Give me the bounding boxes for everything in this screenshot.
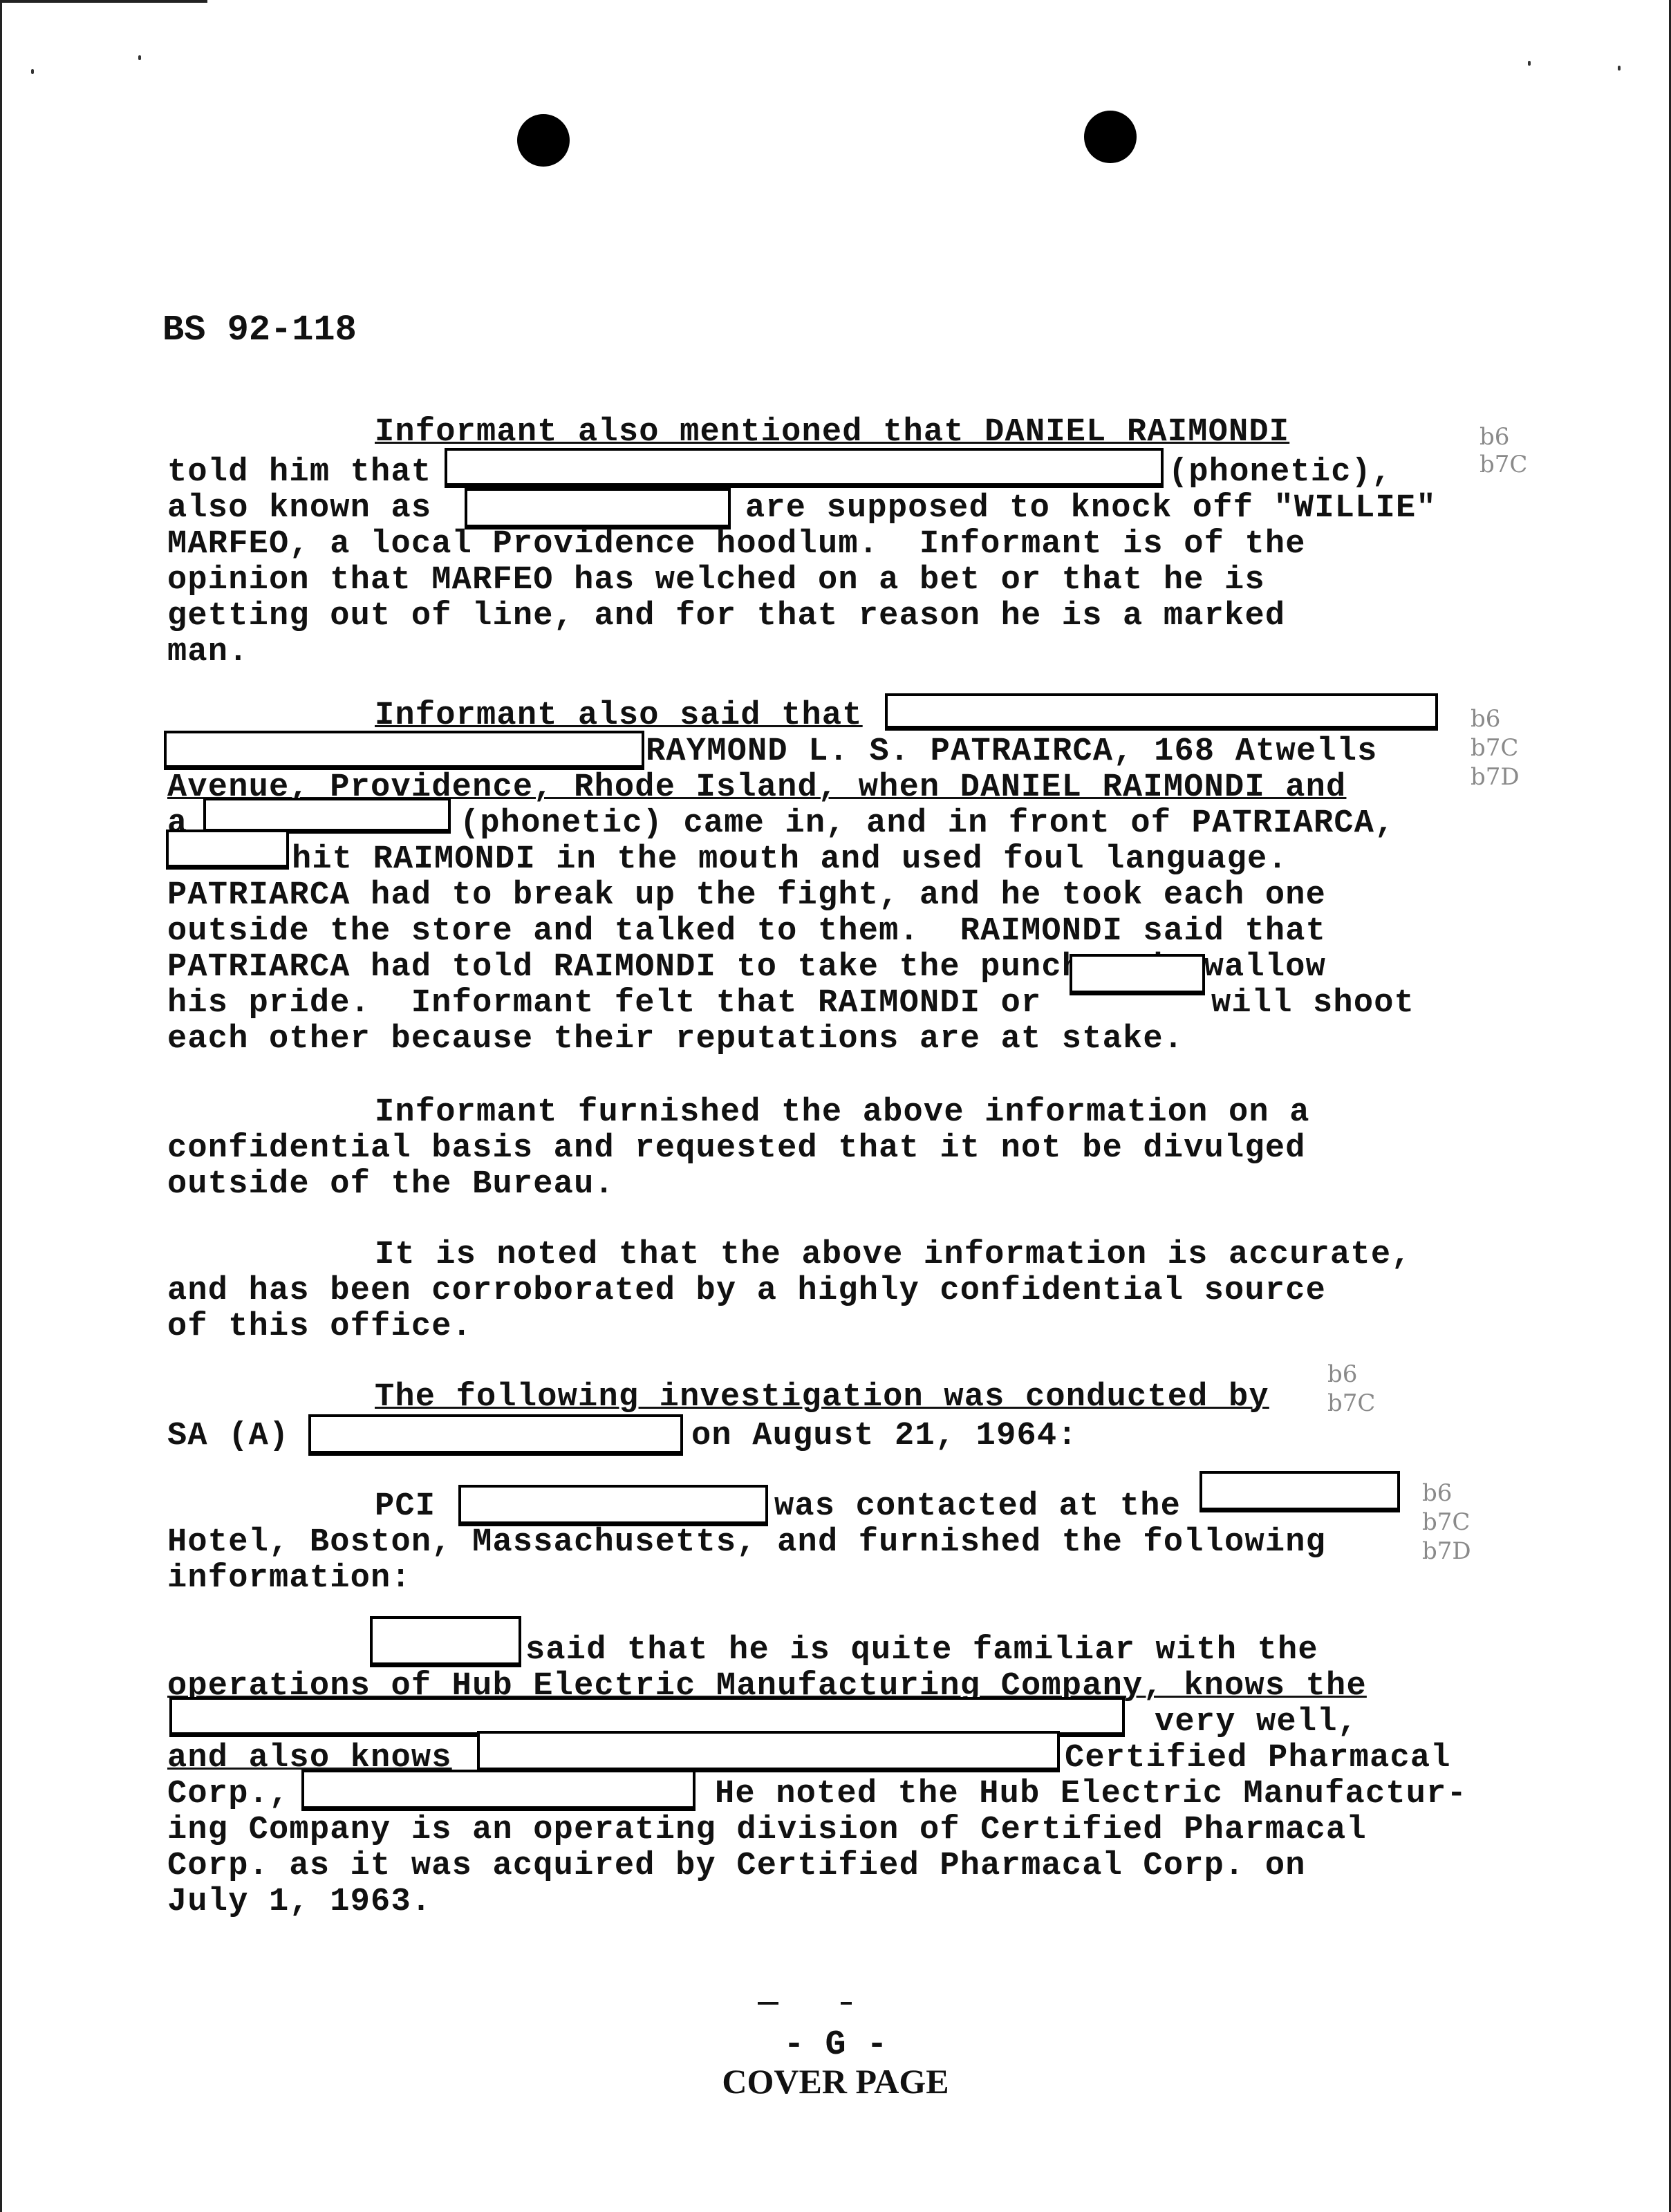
text-line: told him that	[167, 455, 431, 491]
page-edge	[0, 0, 2, 2212]
text-line: his pride. Informant felt that RAIMONDI …	[167, 986, 1041, 1022]
text-line: ing Company is an operating division of …	[167, 1812, 1367, 1848]
footer-dash	[841, 2002, 852, 2005]
punch-hole-icon	[517, 114, 570, 167]
scan-speck	[1618, 66, 1621, 71]
exemption-code: b7C	[1422, 1508, 1470, 1536]
redaction-box	[203, 798, 451, 834]
redaction-box	[1199, 1471, 1400, 1512]
text-line: outside the store and talked to them. RA…	[167, 914, 1326, 950]
text-line: Certified Pharmacal	[1065, 1741, 1451, 1777]
text-line: outside of the Bureau.	[167, 1167, 615, 1203]
text-line: It is noted that the above information i…	[375, 1237, 1412, 1273]
exemption-code: b6	[1479, 423, 1509, 451]
text-line: said that he is quite familiar with the	[525, 1633, 1318, 1669]
text-line: Corp. as it was acquired by Certified Ph…	[167, 1848, 1306, 1884]
text-line: getting out of line, and for that reason…	[167, 599, 1285, 635]
redaction-box	[166, 829, 289, 870]
text-line: Informant also mentioned that DANIEL RAI…	[375, 415, 1289, 451]
text-line: was contacted at the	[774, 1489, 1181, 1525]
redaction-box	[164, 731, 644, 770]
text-line: Hotel, Boston, Massachusetts, and furnis…	[167, 1525, 1326, 1561]
text-line: MARFEO, a local Providence hoodlum. Info…	[167, 527, 1306, 563]
text-line: SA (A)	[167, 1418, 289, 1454]
text-line: PCI	[375, 1489, 436, 1525]
file-number: BS 92-118	[162, 310, 357, 350]
exemption-code: b7C	[1327, 1389, 1375, 1417]
text-line: (phonetic),	[1168, 455, 1392, 491]
text-line: (phonetic) came in, and in front of PATR…	[460, 806, 1395, 842]
text-line: information:	[167, 1561, 411, 1597]
cover-page-label: COVER PAGE	[0, 2061, 1671, 2101]
text-line: PATRIARCA had to break up the fight, and…	[167, 878, 1326, 914]
punch-hole-icon	[1084, 111, 1137, 163]
text-line: He noted the Hub Electric Manufactur-	[715, 1777, 1467, 1812]
redaction-box	[301, 1770, 696, 1811]
page-marker: - G -	[0, 2025, 1671, 2065]
redaction-box	[465, 488, 731, 529]
text-line: man.	[167, 635, 249, 671]
exemption-code: b6	[1422, 1479, 1452, 1507]
text-line: Corp.,	[167, 1777, 289, 1812]
footer-dash	[758, 2002, 778, 2005]
text-line: and has been corroborated by a highly co…	[167, 1273, 1326, 1309]
redaction-box	[885, 693, 1438, 731]
text-line: very well,	[1155, 1705, 1358, 1741]
text-line: each other because their reputations are…	[167, 1022, 1184, 1058]
scan-speck	[31, 69, 34, 74]
redaction-box	[477, 1731, 1060, 1772]
text-line: opinion that MARFEO has welched on a bet…	[167, 563, 1265, 599]
exemption-code: b7D	[1422, 1537, 1471, 1565]
text-line: also known as	[167, 491, 431, 527]
scan-speck	[138, 55, 141, 60]
redaction-box	[308, 1414, 683, 1456]
redaction-box	[445, 448, 1164, 488]
document-page: BS 92-118 Informant also mentioned that …	[0, 0, 1671, 2212]
text-line: RAYMOND L. S. PATRAIRCA, 168 Atwells	[646, 734, 1378, 770]
text-line: on August 21, 1964:	[691, 1418, 1078, 1454]
text-line: are supposed to knock off "WILLIE"	[745, 491, 1437, 527]
text-line: July 1, 1963.	[167, 1884, 431, 1920]
exemption-code: b6	[1471, 705, 1500, 733]
text-line: The following investigation was conducte…	[375, 1380, 1269, 1416]
redaction-box	[458, 1485, 768, 1526]
text-line: hit RAIMONDI in the mouth and used foul …	[292, 842, 1288, 878]
text-line: of this office.	[167, 1309, 472, 1345]
exemption-code: b7C	[1479, 451, 1527, 478]
exemption-code: b7D	[1471, 763, 1520, 791]
exemption-code: b7C	[1471, 734, 1518, 762]
text-line: Informant furnished the above informatio…	[375, 1095, 1310, 1131]
text-line: Informant also said that	[375, 698, 863, 734]
text-line: confidential basis and requested that it…	[167, 1131, 1306, 1167]
scan-speck	[1528, 61, 1531, 66]
text-line: will shoot	[1211, 986, 1415, 1022]
page-edge	[0, 0, 207, 3]
exemption-code: b6	[1327, 1360, 1357, 1388]
redaction-box	[370, 1616, 521, 1667]
redaction-box	[1070, 954, 1205, 995]
